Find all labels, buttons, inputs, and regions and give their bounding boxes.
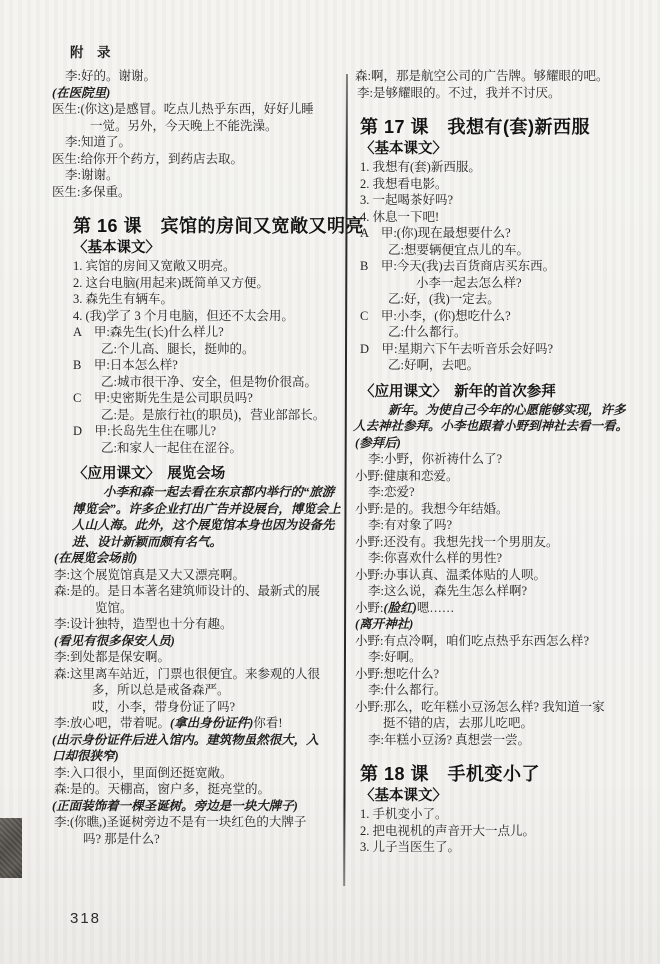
text-line: 李:小野，你祈祷什么了? [353, 451, 645, 468]
text-line: 3. 一起喝茶好吗? [353, 192, 645, 209]
inline-stage-direction: (脸红) [383, 601, 416, 615]
text-line: D 甲:长岛先生住在哪儿? [52, 423, 340, 440]
text-line: 乙:什么都行。 [353, 324, 645, 341]
text-line: 乙:和家人一起住在涩谷。 [52, 440, 340, 457]
text-line: 森:是的。是日本著名建筑师设计的、最新式的展 [52, 583, 340, 600]
text-line: 李:这个展览馆真是又大又漂亮啊。 [52, 567, 340, 584]
text-line: 2. 这台电脑(用起来)既简单又方便。 [52, 275, 340, 292]
stage-direction-line: (在展览会场前) [52, 550, 340, 567]
stage-direction-line: (参拜后) [353, 435, 645, 452]
stage-direction-line: (在医院里) [52, 85, 340, 102]
narration-line: 人去神社参拜。小李也跟着小野到神社去看一看。 [353, 418, 645, 435]
text-line: 一觉。另外，今天晚上不能洗澡。 [52, 118, 340, 135]
text-line: 1. 宾馆的房间又宽敞又明亮。 [52, 258, 340, 275]
inline-text: 小野: [355, 601, 383, 615]
text-line: 医生:(你这)是感冒。吃点儿热乎东西，好好儿睡 [52, 101, 340, 118]
text-line: 小野:办事认真、温柔体贴的人呗。 [353, 567, 645, 584]
text-line: 1. 我想有(套)新西服。 [353, 159, 645, 176]
inline-text: 你看! [253, 716, 282, 730]
text-line: 李:是够耀眼的。不过，我并不讨厌。 [353, 85, 645, 102]
book-page: 附 录 李:好的。谢谢。(在医院里)医生:(你这)是感冒。吃点儿热乎东西，好好儿… [0, 0, 660, 964]
text-line: 医生:多保重。 [52, 184, 340, 201]
text-line: A 甲:(你)现在最想要什么? [353, 225, 645, 242]
stage-direction-line: (出示身份证件后进入馆内。建筑物虽然很大，入 [52, 732, 340, 749]
text-line: 3. 森先生有辆车。 [52, 291, 340, 308]
text-line: 小野:(脸红)嗯…… [353, 600, 645, 617]
column-divider-line [343, 74, 347, 886]
text-line: 小野:健康和恋爱。 [353, 468, 645, 485]
narration-line: 新年。为使自己今年的心愿能够实现，许多 [353, 402, 645, 419]
text-line: C 甲:小李，(你)想吃什么? [353, 308, 645, 325]
text-line: 4. 休息一下吧! [353, 209, 645, 226]
narration-line: 人山人海。此外，这个展览馆本身也因为设备先 [52, 517, 340, 534]
lesson-heading: 第 18 课 手机变小了 [353, 762, 645, 786]
narration-line: 进、设计新颖而颇有名气。 [52, 534, 340, 551]
text-line: 乙:想要辆便宜点儿的车。 [353, 242, 645, 259]
text-line: 4. (我)学了 3 个月电脑，但还不太会用。 [52, 308, 340, 325]
text-line: 挺不错的店，去那儿吃吧。 [353, 715, 645, 732]
text-line: 览馆。 [52, 600, 340, 617]
text-line: 1. 手机变小了。 [353, 806, 645, 823]
inline-text: 李:放心吧，带着呢。 [54, 716, 170, 730]
text-line: 李:好啊。 [353, 649, 645, 666]
text-line: 李:这么说，森先生怎么样啊? [353, 583, 645, 600]
text-line: 李:你喜欢什么样的男性? [353, 550, 645, 567]
text-line: 李:放心吧，带着呢。(拿出身份证件)你看! [52, 715, 340, 732]
stage-direction-line: (看见有很多保安人员) [52, 633, 340, 650]
text-line: 李:谢谢。 [52, 167, 340, 184]
text-line: 李:到处都是保安啊。 [52, 649, 340, 666]
section-heading: 〈基本课文〉 [52, 238, 340, 258]
lesson-heading: 第 16 课 宾馆的房间又宽敞又明亮 [52, 214, 340, 238]
text-line: 乙:是。是旅行社(的职员)，营业部部长。 [52, 407, 340, 424]
text-line: 2. 我想看电影。 [353, 176, 645, 193]
section-heading: 〈应用课文〉 展览会场 [52, 464, 340, 484]
text-line: A 甲:森先生(长)什么样儿? [52, 324, 340, 341]
page-edge-tab [0, 818, 22, 878]
text-line: 李:恋爱? [353, 484, 645, 501]
narration-line: 博览会”。许多企业打出广告并设展台，博览会上 [52, 501, 340, 518]
text-line: 李:好的。谢谢。 [52, 68, 340, 85]
section-heading: 〈基本课文〉 [353, 139, 645, 159]
text-line: D 甲:星期六下午去听音乐会好吗? [353, 341, 645, 358]
stage-direction-line: (正面装饰着一棵圣诞树。旁边是一块大牌子) [52, 798, 340, 815]
text-line: 小李一起去怎么样? [353, 275, 645, 292]
inline-text: 嗯…… [417, 601, 455, 615]
page-number: 318 [70, 910, 101, 927]
stage-direction-line: 口却很狭窄) [52, 748, 340, 765]
inline-stage-direction: (拿出身份证件) [170, 716, 253, 730]
stage-direction-line: (离开神社) [353, 616, 645, 633]
right-column: 森:啊，那是航空公司的广告牌。够耀眼的吧。李:是够耀眼的。不过，我并不讨厌。第 … [353, 68, 645, 856]
text-line: 哎，小李，带身份证了吗? [52, 699, 340, 716]
text-line: B 甲:今天(我)去百货商店买东西。 [353, 258, 645, 275]
appendix-header: 附 录 [70, 41, 111, 61]
text-line: 2. 把电视机的声音开大一点儿。 [353, 823, 645, 840]
lesson-heading: 第 17 课 我想有(套)新西服 [353, 115, 645, 139]
text-line: 小野:有点冷啊，咱们吃点热乎东西怎么样? [353, 633, 645, 650]
text-line: 李:(你瞧,)圣诞树旁边不是有一块红色的大牌子 [52, 814, 340, 831]
text-line: 李:设计独特，造型也十分有趣。 [52, 616, 340, 633]
text-line: 李:入口很小，里面倒还挺宽敞。 [52, 765, 340, 782]
text-line: 乙:好啊，去吧。 [353, 357, 645, 374]
text-line: 小野:还没有。我想先找一个男朋友。 [353, 534, 645, 551]
text-line: 多，所以总是戒备森严。 [52, 682, 340, 699]
section-heading: 〈基本课文〉 [353, 786, 645, 806]
text-line: C 甲:史密斯先生是公司职员吗? [52, 390, 340, 407]
text-line: 森:这里离车站近，门票也很便宜。来参观的人很 [52, 666, 340, 683]
section-heading: 〈应用课文〉 新年的首次参拜 [353, 382, 645, 402]
text-line: 李:年糕小豆汤? 真想尝一尝。 [353, 732, 645, 749]
text-line: 吗? 那是什么? [52, 831, 340, 848]
text-line: 李:知道了。 [52, 134, 340, 151]
text-line: 森:啊，那是航空公司的广告牌。够耀眼的吧。 [353, 68, 645, 85]
text-line: 小野:想吃什么? [353, 666, 645, 683]
text-line: 小野:那么，吃年糕小豆汤怎么样? 我知道一家 [353, 699, 645, 716]
text-line: 乙:个儿高、腿长，挺帅的。 [52, 341, 340, 358]
text-line: 李:什么都行。 [353, 682, 645, 699]
text-line: 李:有对象了吗? [353, 517, 645, 534]
text-line: B 甲:日本怎么样? [52, 357, 340, 374]
text-line: 乙:城市很干净、安全，但是物价很高。 [52, 374, 340, 391]
left-column: 李:好的。谢谢。(在医院里)医生:(你这)是感冒。吃点儿热乎东西，好好儿睡一觉。… [52, 68, 340, 847]
text-line: 小野:是的。我想今年结婚。 [353, 501, 645, 518]
narration-line: 小李和森一起去看在东京都内举行的“旅游 [52, 484, 340, 501]
text-line: 乙:好，(我)一定去。 [353, 291, 645, 308]
text-line: 医生:给你开个药方，到药店去取。 [52, 151, 340, 168]
text-line: 3. 儿子当医生了。 [353, 839, 645, 856]
text-line: 森:是的。天棚高，窗户多，挺亮堂的。 [52, 781, 340, 798]
